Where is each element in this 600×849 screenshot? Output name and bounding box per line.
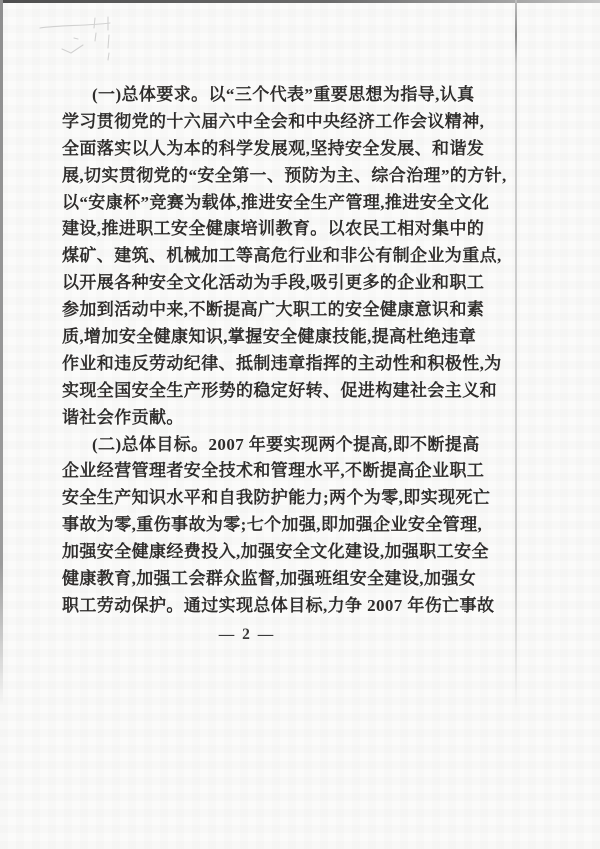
text-line: 安全生产知识水平和自我防护能力;两个为零,即实现死亡 bbox=[62, 485, 460, 512]
pencil-smudge-artifact bbox=[38, 8, 168, 70]
text-line: 以“安康杯”竞赛为载体,推进安全生产管理,推进安全文化 bbox=[62, 190, 460, 217]
text-line: (一)总体要求。以“三个代表”重要思想为指导,认真 bbox=[62, 82, 460, 109]
text-line: 事故为零,重伤事故为零;七个加强,即加强企业安全管理, bbox=[62, 512, 460, 539]
text-line: 学习贯彻党的十六届六中全会和中央经济工作会议精神, bbox=[62, 109, 460, 136]
text-line: 加强安全健康经费投入,加强安全文化建设,加强职工安全 bbox=[62, 539, 460, 566]
scan-top-edge-artifact bbox=[0, 0, 600, 3]
text-line: 参加到活动中来,不断提高广大职工的安全健康意识和素 bbox=[62, 297, 460, 324]
text-line: 以开展各种安全文化活动为手段,吸引更多的企业和职工 bbox=[62, 270, 460, 297]
text-line: 作业和违反劳动纪律、抵制违章指挥的主动性和积极性,为 bbox=[62, 351, 460, 378]
text-line: 实现全国安全生产形势的稳定好转、促进构建社会主义和 bbox=[62, 378, 460, 405]
text-line: 企业经营管理者安全技术和管理水平,不断提高企业职工 bbox=[62, 458, 460, 485]
text-line: 全面落实以人为本的科学发展观,坚持安全发展、和谐发 bbox=[62, 136, 460, 163]
text-line: 展,切实贯彻党的“安全第一、预防为主、综合治理”的方针, bbox=[62, 163, 460, 190]
text-line: 职工劳动保护。通过实现总体目标,力争 2007 年伤亡事故 bbox=[62, 593, 460, 620]
scan-left-edge-artifact bbox=[0, 0, 3, 705]
document-body: (一)总体要求。以“三个代表”重要思想为指导,认真 学习贯彻党的十六届六中全会和… bbox=[62, 82, 460, 620]
text-line: 煤矿、建筑、机械加工等高危行业和非公有制企业为重点, bbox=[62, 243, 460, 270]
text-line: 质,增加安全健康知识,掌握安全健康技能,提高杜绝违章 bbox=[62, 324, 460, 351]
text-line: 谐社会作贡献。 bbox=[62, 405, 460, 432]
text-line: (二)总体目标。2007 年要实现两个提高,即不断提高 bbox=[62, 432, 460, 459]
text-line: 建设,推进职工安全健康培训教育。以农民工相对集中的 bbox=[62, 216, 460, 243]
page-number: — 2 — bbox=[62, 626, 432, 644]
text-line: 健康教育,加强工会群众监督,加强班组安全建设,加强女 bbox=[62, 566, 460, 593]
page-crease-line bbox=[515, 0, 517, 710]
